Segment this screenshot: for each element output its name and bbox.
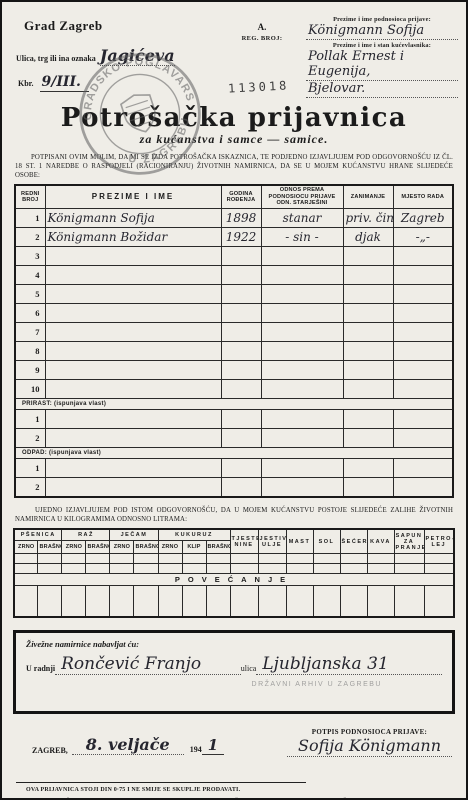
table-row: 1 Königmann Sofija 1898 stanar priv. čin… xyxy=(15,209,453,228)
row-number: 5 xyxy=(15,285,45,304)
shop-name-handwritten: Rončević Franjo xyxy=(55,655,241,675)
archive-stamp-text: DRŽAVNI ARHIV U ZAGREBU xyxy=(252,681,382,688)
section-block: A. REG. BROJ: xyxy=(230,22,294,42)
declaration-paragraph-2: UJEDNO IZJAVLJUJEM POD ISTOM ODGOVORNOŠĆ… xyxy=(15,506,453,524)
col-sol: SOL xyxy=(313,529,340,554)
title-block: Potrošačka prijavnica za kućanstva i sam… xyxy=(2,104,466,147)
col-secer: ŠEĆER xyxy=(340,529,367,554)
table-row: 4 xyxy=(15,266,453,285)
cell-name xyxy=(45,361,221,380)
cell-year: 1898 xyxy=(221,209,261,228)
shop-box: Živežne namirnice nabavljat ću: U radnji… xyxy=(13,630,455,714)
povecanje-band: POVEĆANJE xyxy=(14,574,454,586)
cell-occupation xyxy=(343,361,393,380)
declaration-paragraph-1: POTPISANI OVIM MOLIM, DA MI SE IZDA POTR… xyxy=(15,153,453,180)
table-row: 7 xyxy=(15,323,453,342)
row-number: 3 xyxy=(15,247,45,266)
street-label: Ulica, trg ili ina oznaka xyxy=(16,54,96,63)
cell-workplace xyxy=(393,323,453,342)
row-number: 2 xyxy=(15,228,45,247)
date-line: ZAGREB, 8. veljače 194 1 xyxy=(32,736,224,755)
kbr-label: Kbr. xyxy=(18,79,34,88)
table-row: 1 xyxy=(15,410,453,429)
city-title: Grad Zagreb xyxy=(24,18,103,34)
row-number: 4 xyxy=(15,266,45,285)
row-number: 9 xyxy=(15,361,45,380)
cell-workplace xyxy=(393,266,453,285)
sub-brasno: BRAŠNO xyxy=(86,541,110,554)
sub-zrno: ZRNO xyxy=(110,541,134,554)
cell-name xyxy=(45,247,221,266)
row-number: 2 xyxy=(15,429,45,448)
applicant-value-handwritten: Königmann Sofija xyxy=(306,23,458,40)
cell-workplace xyxy=(393,380,453,399)
landlord-label: Prezime i ime i stan kućevlasnika: xyxy=(306,42,458,49)
row-number: 1 xyxy=(15,459,45,478)
persons-table-header-row: REDNI BROJ PREZIME I IME GODINA ROĐENJA … xyxy=(15,185,453,209)
landlord-value-handwritten: Pollak Ernest i Eugenija, xyxy=(306,49,458,81)
row-number: 10 xyxy=(15,380,45,399)
table-row: 2 xyxy=(15,478,453,498)
col-sapun: SAPUN ZA PRANJE xyxy=(394,529,424,554)
cell-year xyxy=(221,285,261,304)
cell-year xyxy=(221,266,261,285)
cell-occupation xyxy=(343,285,393,304)
cell-name: Königmann Božidar xyxy=(45,228,221,247)
prirast-label: PRIRAST: (ispunjava vlast) xyxy=(15,399,453,410)
persons-table: REDNI BROJ PREZIME I IME GODINA ROĐENJA … xyxy=(14,184,454,498)
house-number-row: Kbr.9/III. xyxy=(18,74,89,90)
shop-street-handwritten: Ljubljanska 31 xyxy=(256,655,442,675)
col-petrolej: PETRO- LEJ xyxy=(424,529,454,554)
odpad-label: ODPAD: (ispunjava vlast) xyxy=(15,448,453,459)
cell-name xyxy=(45,323,221,342)
odpad-band: ODPAD: (ispunjava vlast) xyxy=(15,448,453,459)
cell-year xyxy=(221,342,261,361)
cell-year xyxy=(221,361,261,380)
row-number: 7 xyxy=(15,323,45,342)
reg-broj-label: REG. BROJ: xyxy=(230,35,294,42)
header: Grad Zagreb Ulica, trg ili ina oznakaJag… xyxy=(2,2,466,102)
street-row: Ulica, trg ili ina oznakaJagićeva xyxy=(16,46,231,65)
col-header-relation: ODNOS PREMA PODNOSIOCU PRIJAVE ODN. STAR… xyxy=(261,185,343,209)
group-jecam: JEČAM xyxy=(110,529,158,541)
cell-workplace: Zagreb xyxy=(393,209,453,228)
cell-workplace xyxy=(393,247,453,266)
applicant-block: Prezime i ime podnosioca prijave: Königm… xyxy=(306,16,458,98)
prirast-rows: 1 2 xyxy=(15,410,453,448)
col-header-year: GODINA ROĐENJA xyxy=(221,185,261,209)
cell-occupation xyxy=(343,266,393,285)
sub-brasno: BRAŠNO xyxy=(134,541,158,554)
table-row: 2 Königmann Božidar 1922 - sin - djak -„… xyxy=(15,228,453,247)
col-kava: KAVA xyxy=(367,529,394,554)
col-tjestenine: TJESTE- NINE xyxy=(230,529,258,554)
sub-brasno: BRAŠNO xyxy=(38,541,62,554)
zagreb-label: ZAGREB, xyxy=(32,746,68,755)
signature-label: POTPIS PODNOSIOCA PRIJAVE: xyxy=(287,728,452,736)
applicant-label: Prezime i ime podnosioca prijave: xyxy=(306,16,458,23)
cell-occupation: djak xyxy=(343,228,393,247)
povecanje-label: POVEĆANJE xyxy=(14,574,454,586)
cell-year xyxy=(221,247,261,266)
supplies-group-header-row: PŠENICA RAŽ JEČAM KUKURUZ TJESTE- NINE J… xyxy=(14,529,454,541)
u-radnji-label: U radnji xyxy=(26,664,55,675)
cell-occupation xyxy=(343,380,393,399)
cell-name xyxy=(45,304,221,323)
signature-block: POTPIS PODNOSIOCA PRIJAVE: Sofija Königm… xyxy=(287,728,452,757)
cell-name: Königmann Sofija xyxy=(45,209,221,228)
section-letter: A. xyxy=(230,22,294,32)
col-header-workplace: MJESTO RADA xyxy=(393,185,453,209)
row-number: 6 xyxy=(15,304,45,323)
sub-zrno: ZRNO xyxy=(14,541,38,554)
shop-box-title: Živežne namirnice nabavljat ću: xyxy=(26,639,442,649)
sub-brasno: BRAŠNO xyxy=(206,541,230,554)
supplies-empty-row xyxy=(14,554,454,564)
cell-occupation xyxy=(343,247,393,266)
row-number: 1 xyxy=(15,410,45,429)
cell-relation: stanar xyxy=(261,209,343,228)
cell-workplace xyxy=(393,304,453,323)
table-row: 8 xyxy=(15,342,453,361)
table-row: 9 xyxy=(15,361,453,380)
cell-name xyxy=(45,285,221,304)
document-page: Grad Zagreb Ulica, trg ili ina oznakaJag… xyxy=(0,0,468,800)
table-row: 2 xyxy=(15,429,453,448)
year-printed: 194 xyxy=(190,745,202,755)
supplies-empty-row xyxy=(14,564,454,574)
col-header-occupation: ZANIMANJE xyxy=(343,185,393,209)
table-row: 1 xyxy=(15,459,453,478)
cell-occupation: priv. čin. xyxy=(343,209,393,228)
cell-name xyxy=(45,342,221,361)
cell-workplace: -„- xyxy=(393,228,453,247)
cell-year: 1922 xyxy=(221,228,261,247)
street-value-handwritten: Jagićeva xyxy=(100,46,175,66)
col-header-num: REDNI BROJ xyxy=(15,185,45,209)
cell-workplace xyxy=(393,361,453,380)
year-handwritten: 1 xyxy=(202,737,224,755)
table-row: 6 xyxy=(15,304,453,323)
table-row: 3 xyxy=(15,247,453,266)
table-row: 5 xyxy=(15,285,453,304)
date-signature-section: ZAGREB, 8. veljače 194 1 POTPIS PODNOSIO… xyxy=(16,726,452,776)
cell-occupation xyxy=(343,342,393,361)
signature-handwritten: Sofija Königmann xyxy=(287,736,452,757)
cell-relation xyxy=(261,304,343,323)
cell-relation xyxy=(261,247,343,266)
sub-zrno: ZRNO xyxy=(158,541,182,554)
col-header-name: PREZIME I IME xyxy=(45,185,221,209)
cell-occupation xyxy=(343,304,393,323)
table-row: 10 xyxy=(15,380,453,399)
landlord-city-handwritten: Bjelovar. xyxy=(306,81,458,98)
shop-row: U radnji Rončević Franjo ulica Ljubljans… xyxy=(26,655,442,675)
cell-workplace xyxy=(393,342,453,361)
page-subtitle: za kućanstva i samce — samice. xyxy=(2,132,466,147)
prirast-band: PRIRAST: (ispunjava vlast) xyxy=(15,399,453,410)
supplies-table: PŠENICA RAŽ JEČAM KUKURUZ TJESTE- NINE J… xyxy=(13,528,455,618)
cell-relation xyxy=(261,266,343,285)
row-number: 8 xyxy=(15,342,45,361)
cell-year xyxy=(221,304,261,323)
cell-relation xyxy=(261,323,343,342)
group-psenica: PŠENICA xyxy=(14,529,62,541)
row-number: 2 xyxy=(15,478,45,498)
sub-zrno: ZRNO xyxy=(62,541,86,554)
date-handwritten: 8. veljače xyxy=(72,736,184,755)
cell-relation xyxy=(261,380,343,399)
odpad-rows: 1 2 xyxy=(15,459,453,498)
cell-name xyxy=(45,266,221,285)
page-title: Potrošačka prijavnica xyxy=(2,104,466,132)
supplies-empty-row xyxy=(14,586,454,618)
reg-number-stamp: 113018 xyxy=(228,78,290,95)
cell-name xyxy=(45,380,221,399)
cell-occupation xyxy=(343,323,393,342)
footer-divider xyxy=(16,782,306,783)
cell-year xyxy=(221,380,261,399)
row-number: 1 xyxy=(15,209,45,228)
cell-relation: - sin - xyxy=(261,228,343,247)
kbr-value-handwritten: 9/III. xyxy=(40,74,89,92)
cell-year xyxy=(221,323,261,342)
persons-rows: 1 Königmann Sofija 1898 stanar priv. čin… xyxy=(15,209,453,399)
sub-klip: KLIP xyxy=(182,541,206,554)
cell-workplace xyxy=(393,285,453,304)
cell-relation xyxy=(261,342,343,361)
group-kukuruz: KUKURUZ xyxy=(158,529,230,541)
group-raz: RAŽ xyxy=(62,529,110,541)
cell-relation xyxy=(261,361,343,380)
fine-print-line-1: OVA PRIJAVNICA STOJI DIN 0·75 I NE SMIJE… xyxy=(26,786,452,795)
col-jestivo-ulje: JESTIVO ULJE xyxy=(258,529,286,554)
col-mast: MAST xyxy=(286,529,313,554)
ulica-label: ulica xyxy=(241,664,257,675)
cell-relation xyxy=(261,285,343,304)
